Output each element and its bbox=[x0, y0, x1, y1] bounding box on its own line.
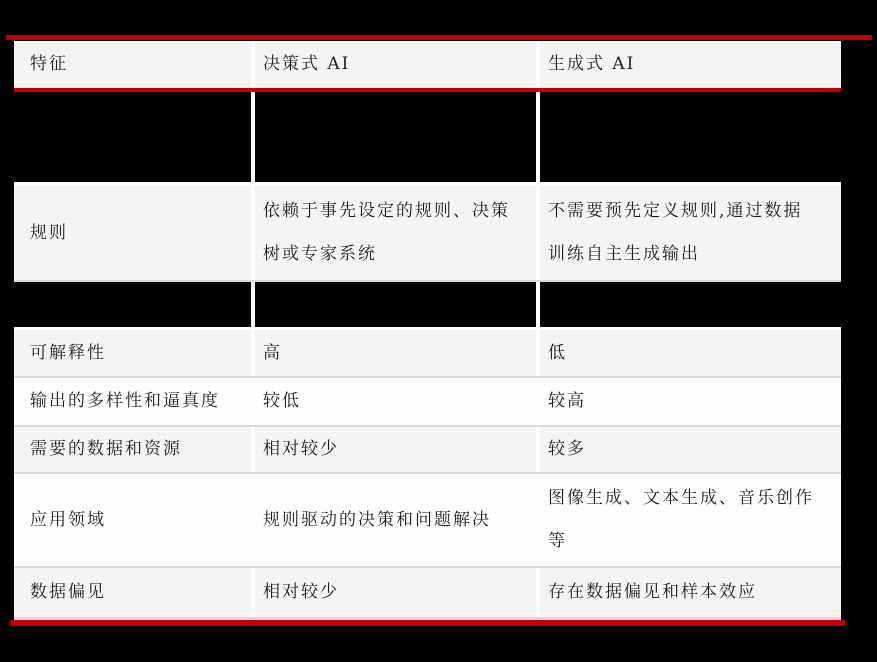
redacted-cell bbox=[540, 282, 841, 327]
cell-generative-ai: 低 bbox=[540, 330, 841, 376]
table-row-data-resources: 需要的数据和资源 相对较少 较多 bbox=[14, 427, 841, 472]
table-row-rules: 规则 依赖于事先设定的规则、决策 树或专家系统 不需要预先定义规则,通过数据 训… bbox=[14, 186, 841, 280]
cell-decision-ai: 依赖于事先设定的规则、决策 树或专家系统 bbox=[255, 186, 536, 280]
page: 特征 决策式 AI 生成式 AI 规则 依赖于事先设定的规则、决策 树或专家系统… bbox=[0, 0, 877, 662]
top-red-rule bbox=[6, 35, 872, 40]
table-row-application-domain: 应用领域 规则驱动的决策和问题解决 图像生成、文本生成、音乐创作 等 bbox=[14, 474, 841, 566]
table-header-row: 特征 决策式 AI 生成式 AI bbox=[14, 41, 841, 88]
cell-decision-ai: 相对较少 bbox=[255, 568, 536, 617]
header-cell-feature: 特征 bbox=[14, 41, 251, 88]
cell-feature: 应用领域 bbox=[14, 474, 251, 566]
header-cell-decision-ai: 决策式 AI bbox=[255, 41, 536, 88]
cell-decision-ai: 较低 bbox=[255, 378, 536, 425]
redacted-cell bbox=[14, 282, 251, 327]
cell-generative-ai: 不需要预先定义规则,通过数据 训练自主生成输出 bbox=[540, 186, 841, 280]
cell-feature: 规则 bbox=[14, 186, 251, 280]
cell-generative-ai: 图像生成、文本生成、音乐创作 等 bbox=[540, 474, 841, 566]
table-row-output-diversity: 输出的多样性和逼真度 较低 较高 bbox=[14, 378, 841, 425]
table-row-redacted bbox=[14, 92, 841, 182]
redacted-cell bbox=[540, 92, 841, 182]
cell-decision-ai: 高 bbox=[255, 330, 536, 376]
cell-generative-ai: 较高 bbox=[540, 378, 841, 425]
bottom-red-rule bbox=[10, 620, 845, 626]
cell-feature: 可解释性 bbox=[14, 330, 251, 376]
cell-feature: 输出的多样性和逼真度 bbox=[14, 378, 251, 425]
cell-generative-ai: 存在数据偏见和样本效应 bbox=[540, 568, 841, 617]
redacted-cell bbox=[14, 92, 251, 182]
cell-feature: 数据偏见 bbox=[14, 568, 251, 617]
redacted-cell bbox=[255, 282, 536, 327]
comparison-table: 特征 决策式 AI 生成式 AI 规则 依赖于事先设定的规则、决策 树或专家系统… bbox=[14, 41, 841, 620]
redacted-cell bbox=[255, 92, 536, 182]
cell-feature: 需要的数据和资源 bbox=[14, 427, 251, 472]
header-cell-generative-ai: 生成式 AI bbox=[540, 41, 841, 88]
cell-generative-ai: 较多 bbox=[540, 427, 841, 472]
cell-decision-ai: 相对较少 bbox=[255, 427, 536, 472]
table-row-redacted bbox=[14, 282, 841, 327]
table-row-data-bias: 数据偏见 相对较少 存在数据偏见和样本效应 bbox=[14, 568, 841, 617]
table-row-explainability: 可解释性 高 低 bbox=[14, 330, 841, 376]
cell-decision-ai: 规则驱动的决策和问题解决 bbox=[255, 474, 536, 566]
